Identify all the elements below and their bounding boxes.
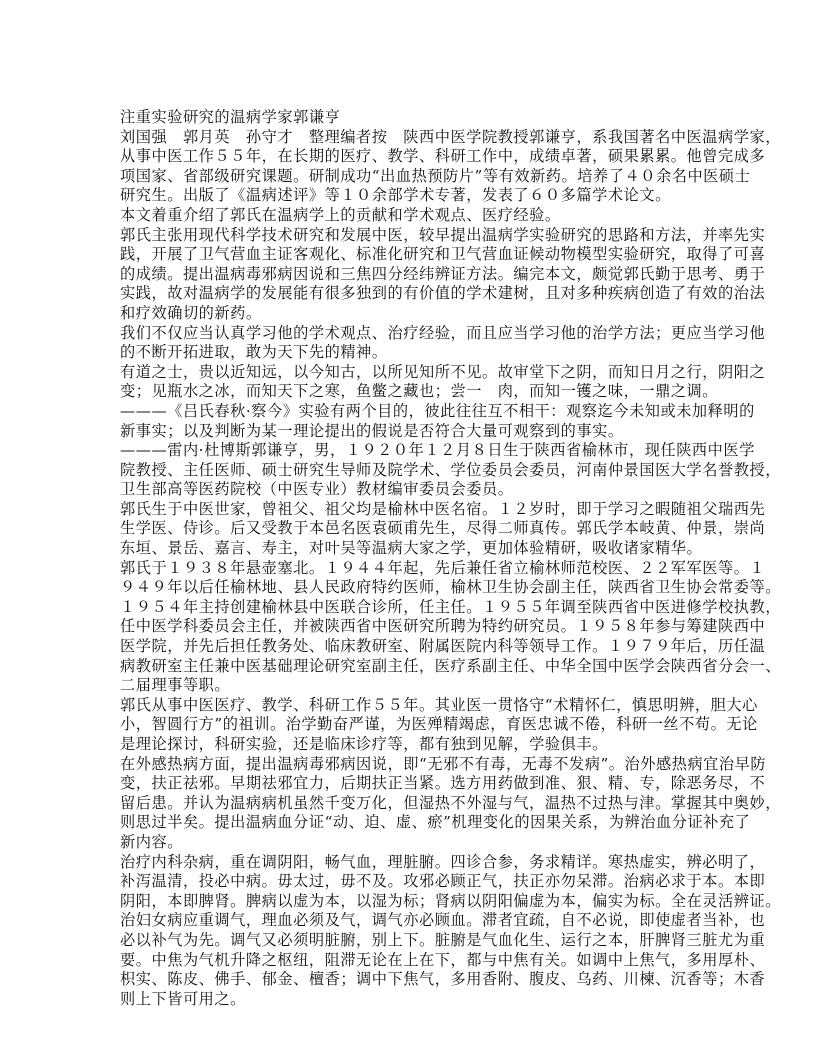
text-line: 在外感热病方面，提出温病毒邪病因说，即“无邪不有毒，无毒不发病”。治外感热病宜治… — [120, 755, 700, 775]
text-line: 任中医学科委员会主任，并被陕西省中医研究所聘为特约研究员。１９５８年参与筹建陕西… — [120, 617, 700, 637]
text-line: 留后患。并认为温病病机虽然千变万化，但湿热不外湿与气，温热不过热与津。掌握其中奥… — [120, 794, 700, 814]
text-line: 的成绩。提出温病毒邪病因说和三焦四分经纬辨证方法。编完本文，颇觉郭氏勤于思考、勇… — [120, 265, 700, 285]
text-line: 则思过半矣。提出温病血分证“动、迫、虚、瘀”机理变化的因果关系，为辨治血分证补充… — [120, 813, 700, 833]
paragraph: 有道之士，贵以近知远，以今知古，以所见知所不见。故审堂下之阴，而知日月之行，阴阳… — [120, 363, 700, 402]
text-line: 郭氏于１９３８年悬壶塞北。１９４４年起，先后兼任省立榆林师范校医、２２军军医等。… — [120, 559, 700, 579]
document-title: 注重实验研究的温病学家郭谦亨 — [120, 108, 700, 128]
text-line: 刘国强 郭月英 孙守才 整理编者按 陕西中医学院教授郭谦亨，系我国著名中医温病学… — [120, 128, 700, 148]
paragraph: 郭氏生于中医世家，曾祖父、祖父均是榆林中医名宿。１２岁时，即于学习之暇随祖父瑞西… — [120, 500, 700, 559]
paragraph: 治疗内科杂病，重在调阴阳，畅气血，理脏腑。四诊合参，务求精详。寒热虚实，辨必明了… — [120, 853, 700, 1010]
text-line: 枳实、陈皮、佛手、郁金、檀香；调中下焦气，多用香附、腹皮、乌药、川楝、沉香等；木… — [120, 970, 700, 990]
text-line: ———《吕氏春秋·察今》实验有两个目的，彼此往往互不相干：观察迄今未知或未加释明… — [120, 402, 700, 422]
text-line: 新内容。 — [120, 833, 700, 853]
document-page: 注重实验研究的温病学家郭谦亨 刘国强 郭月英 孙守才 整理编者按 陕西中医学院教… — [120, 108, 700, 1009]
paragraph: 本文着重介绍了郭氏在温病学上的贡献和学术观点、医疗经验。 — [120, 206, 700, 226]
text-line: 病教研室主任兼中医基础理论研究室副主任，医疗系副主任、中华全国中医学会陕西省分会… — [120, 657, 700, 677]
paragraph: ———雷内·杜博斯郭谦亨，男，１９２０年１２月８日生于陕西省榆林市，现任陕西中医… — [120, 441, 700, 500]
text-line: 补泻温清，投必中病。毋太过，毋不及。攻邪必顾正气，扶正亦勿呆滞。治病必求于本。本… — [120, 872, 700, 892]
text-line: ９４９年以后任榆林地、县人民政府特约医师，榆林卫生协会副主任，陕西省卫生协会常委… — [120, 578, 700, 598]
text-line: 要。中焦为气机升降之枢纽，阻滞无论在上在下，都与中焦有关。如调中上焦气，多用厚朴… — [120, 951, 700, 971]
paragraph: 郭氏主张用现代科学技术研究和发展中医，较早提出温病学实验研究的思路和方法，并率先… — [120, 226, 700, 324]
paragraph: 我们不仅应当认真学习他的学术观点、治疗经验，而且应当学习他的治学方法；更应当学习… — [120, 324, 700, 363]
text-line: 是理论探讨，科研实验，还是临床诊疗等，都有独到见解，学验俱丰。 — [120, 735, 700, 755]
text-line: 必以补气为先。调气又必须明脏腑，别上下。脏腑是气血化生、运行之本，肝脾肾三脏尤为… — [120, 931, 700, 951]
paragraph: ———《吕氏春秋·察今》实验有两个目的，彼此往往互不相干：观察迄今未知或未加释明… — [120, 402, 700, 441]
text-line: 践，开展了卫气营血主证客观化、标准化研究和卫气营血证候动物模型实验研究，取得了可… — [120, 245, 700, 265]
text-line: 项国家、省部级研究课题。研制成功“出血热预防片”等有效新药。培养了４０余名中医硕… — [120, 167, 700, 187]
text-line: ———雷内·杜博斯郭谦亨，男，１９２０年１２月８日生于陕西省榆林市，现任陕西中医… — [120, 441, 700, 461]
text-line: 医学院，并先后担任教务处、临床教研室、附属医院内科等领导工作。１９７９年后，历任… — [120, 637, 700, 657]
paragraph: 郭氏于１９３８年悬壶塞北。１９４４年起，先后兼任省立榆林师范校医、２２军军医等。… — [120, 559, 700, 696]
text-line: 东垣、景岳、嘉言、寿主，对叶吴等温病大家之学，更加体验精研，吸收诸家精华。 — [120, 539, 700, 559]
text-line: 变；见瓶水之冰，而知天下之寒，鱼鳖之藏也；尝一 肉，而知一镬之味，一鼎之调。 — [120, 382, 700, 402]
text-line: 变，扶正祛邪。早期祛邪宜力，后期扶正当紧。选方用药做到准、狠、精、专，除恶务尽，… — [120, 774, 700, 794]
text-line: 研究生。出版了《温病述评》等１０余部学术专著，发表了６０多篇学术论文。 — [120, 186, 700, 206]
text-line: 小，智圆行方”的祖训。治学勤奋严谨，为医殚精竭虑，育医忠诚不倦，科研一丝不苟。无… — [120, 715, 700, 735]
text-line: 郭氏主张用现代科学技术研究和发展中医，较早提出温病学实验研究的思路和方法，并率先… — [120, 226, 700, 246]
text-line: 院教授、主任医师、硕士研究生导师及院学术、学位委员会委员，河南仲景国医大学名誉教… — [120, 461, 700, 481]
text-line: 二届理事等职。 — [120, 676, 700, 696]
text-line: 郭氏从事中医医疗、教学、科研工作５５年。其业医一贯恪守“术精怀仁，慎思明辨，胆大… — [120, 696, 700, 716]
text-line: 治疗内科杂病，重在调阴阳，畅气血，理脏腑。四诊合参，务求精详。寒热虚实，辨必明了… — [120, 853, 700, 873]
text-line: 治妇女病应重调气，理血必须及气，调气亦必顾血。滞者宜疏，自不必说，即使虚者当补，… — [120, 911, 700, 931]
text-line: 有道之士，贵以近知远，以今知古，以所见知所不见。故审堂下之阴，而知日月之行，阴阳… — [120, 363, 700, 383]
paragraph: 郭氏从事中医医疗、教学、科研工作５５年。其业医一贯恪守“术精怀仁，慎思明辨，胆大… — [120, 696, 700, 755]
text-line: 和疗效确切的新药。 — [120, 304, 700, 324]
text-line: 我们不仅应当认真学习他的学术观点、治疗经验，而且应当学习他的治学方法；更应当学习… — [120, 324, 700, 344]
text-line: 从事中医工作５５年，在长期的医疗、教学、科研工作中，成绩卓著，硕果累累。他曾完成… — [120, 147, 700, 167]
text-line: 则上下皆可用之。 — [120, 990, 700, 1010]
document-body: 刘国强 郭月英 孙守才 整理编者按 陕西中医学院教授郭谦亨，系我国著名中医温病学… — [120, 128, 700, 1010]
text-line: 新事实；以及判断为某一理论提出的假说是否符合大量可观察到的事实。 — [120, 422, 700, 442]
text-line: 生学医、侍诊。后又受教于本邑名医袁硕甫先生，尽得二师真传。郭氏学本岐黄、仲景，崇… — [120, 519, 700, 539]
text-line: １９５４年主持创建榆林县中医联合诊所，任主任。１９５５年调至陕西省中医进修学校执… — [120, 598, 700, 618]
paragraph: 刘国强 郭月英 孙守才 整理编者按 陕西中医学院教授郭谦亨，系我国著名中医温病学… — [120, 128, 700, 206]
text-line: 卫生部高等医药院校（中医专业）教材编审委员会委员。 — [120, 480, 700, 500]
text-line: 阴阳，本即脾肾。脾病以虚为本，以湿为标；肾病以阴阳偏虚为本，偏实为标。全在灵活辨… — [120, 892, 700, 912]
text-line: 实践，故对温病学的发展能有很多独到的有价值的学术建树，且对多种疾病创造了有效的治… — [120, 284, 700, 304]
paragraph: 在外感热病方面，提出温病毒邪病因说，即“无邪不有毒，无毒不发病”。治外感热病宜治… — [120, 755, 700, 853]
text-line: 的不断开拓进取，敢为天下先的精神。 — [120, 343, 700, 363]
text-line: 本文着重介绍了郭氏在温病学上的贡献和学术观点、医疗经验。 — [120, 206, 700, 226]
text-line: 郭氏生于中医世家，曾祖父、祖父均是榆林中医名宿。１２岁时，即于学习之暇随祖父瑞西… — [120, 500, 700, 520]
